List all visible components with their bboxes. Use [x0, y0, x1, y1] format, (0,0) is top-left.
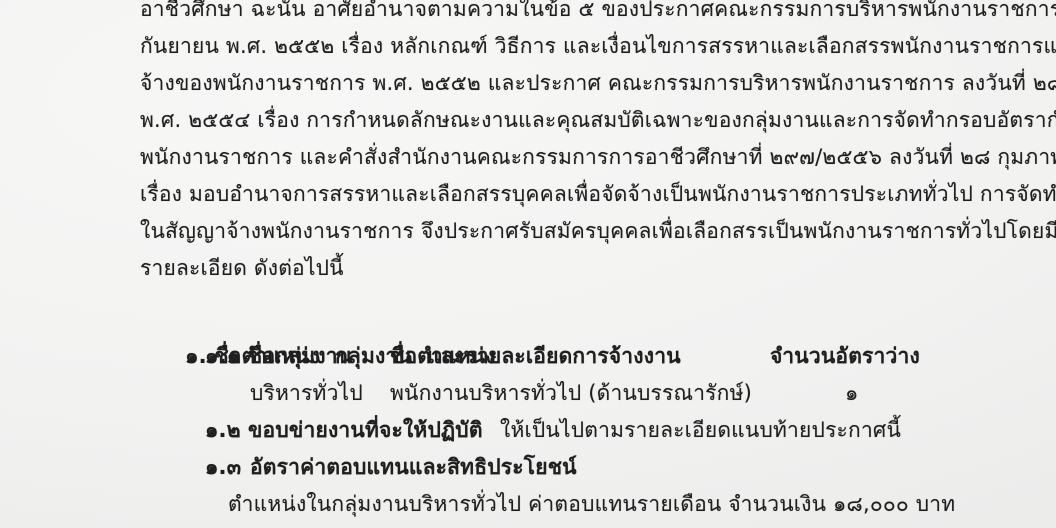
item-1-2-title: ขอบข่ายงานที่จะให้ปฏิบัติ	[248, 412, 483, 449]
paragraph-line-7: ในสัญญาจ้างพนักงานราชการ จึงประกาศรับสมั…	[140, 213, 1000, 250]
paragraph-line-6: เรื่อง มอบอำนาจการสรรหาและเลือกสรรบุคคลเ…	[140, 176, 1000, 213]
item-1-1-value-row: บริหารทั่วไป พนักงานบริหารทั่วไป (ด้านบร…	[140, 375, 1000, 412]
document-content: อาชีวศึกษา ฉะนั้น อาศัยอำนาจตามความในข้อ…	[140, 0, 1000, 523]
document-page: อาชีวศึกษา ฉะนั้น อาศัยอำนาจตามความในข้อ…	[0, 0, 1056, 528]
paragraph-line-2: กันยายน พ.ศ. ๒๕๕๒ เรื่อง หลักเกณฑ์ วิธีก…	[140, 28, 1000, 65]
item-1-3-row: ๑.๓ อัตราค่าตอบแทนและสิทธิประโยชน์	[140, 449, 1000, 486]
item-1-3-number: ๑.๓	[205, 449, 241, 486]
paragraph-line-4: พ.ศ. ๒๕๕๔ เรื่อง การกำหนดลักษณะงานและคุณ…	[140, 102, 1000, 139]
section-1-heading: ๑. ชื่อตำแหน่ง กลุ่มงาน และรายละเอียดการ…	[140, 301, 1000, 338]
column-header-position-name: ชื่อตำแหน่ง	[390, 338, 496, 375]
column-header-group-name: ชื่อกลุ่มงาน	[248, 338, 352, 375]
value-vacancy-count: ๑	[845, 375, 859, 412]
item-1-2-text: ให้เป็นไปตามรายละเอียดแนบท้ายประกาศนี้	[500, 412, 901, 449]
item-1-2-number: ๑.๒	[205, 412, 241, 449]
paragraph-line-8: รายละเอียด ดังต่อไปนี้	[140, 250, 1000, 287]
paragraph-line-5: พนักงานราชการ และคำสั่งสำนักงานคณะกรรมกา…	[140, 139, 1000, 176]
salary-detail-text: ตำแหน่งในกลุ่มงานบริหารทั่วไป ค่าตอบแทนร…	[228, 486, 955, 523]
item-1-2-row: ๑.๒ ขอบข่ายงานที่จะให้ปฏิบัติ ให้เป็นไปต…	[140, 412, 1000, 449]
paragraph-line-1: อาชีวศึกษา ฉะนั้น อาศัยอำนาจตามความในข้อ…	[140, 0, 1000, 28]
paragraph-line-3: จ้างของพนักงานราชการ พ.ศ. ๒๕๕๒ และประกาศ…	[140, 65, 1000, 102]
item-1-1-number: ๑.๑	[205, 338, 240, 375]
value-position-name: พนักงานบริหารทั่วไป (ด้านบรรณารักษ์)	[390, 375, 752, 412]
column-header-vacancy-count: จำนวนอัตราว่าง	[770, 338, 920, 375]
item-1-3-title: อัตราค่าตอบแทนและสิทธิประโยชน์	[250, 449, 577, 486]
salary-detail-row: ตำแหน่งในกลุ่มงานบริหารทั่วไป ค่าตอบแทนร…	[140, 486, 1000, 523]
item-1-1-header-row: ๑.๑ ชื่อกลุ่มงาน ชื่อตำแหน่ง จำนวนอัตราว…	[140, 338, 1000, 375]
value-group-name: บริหารทั่วไป	[250, 375, 363, 412]
